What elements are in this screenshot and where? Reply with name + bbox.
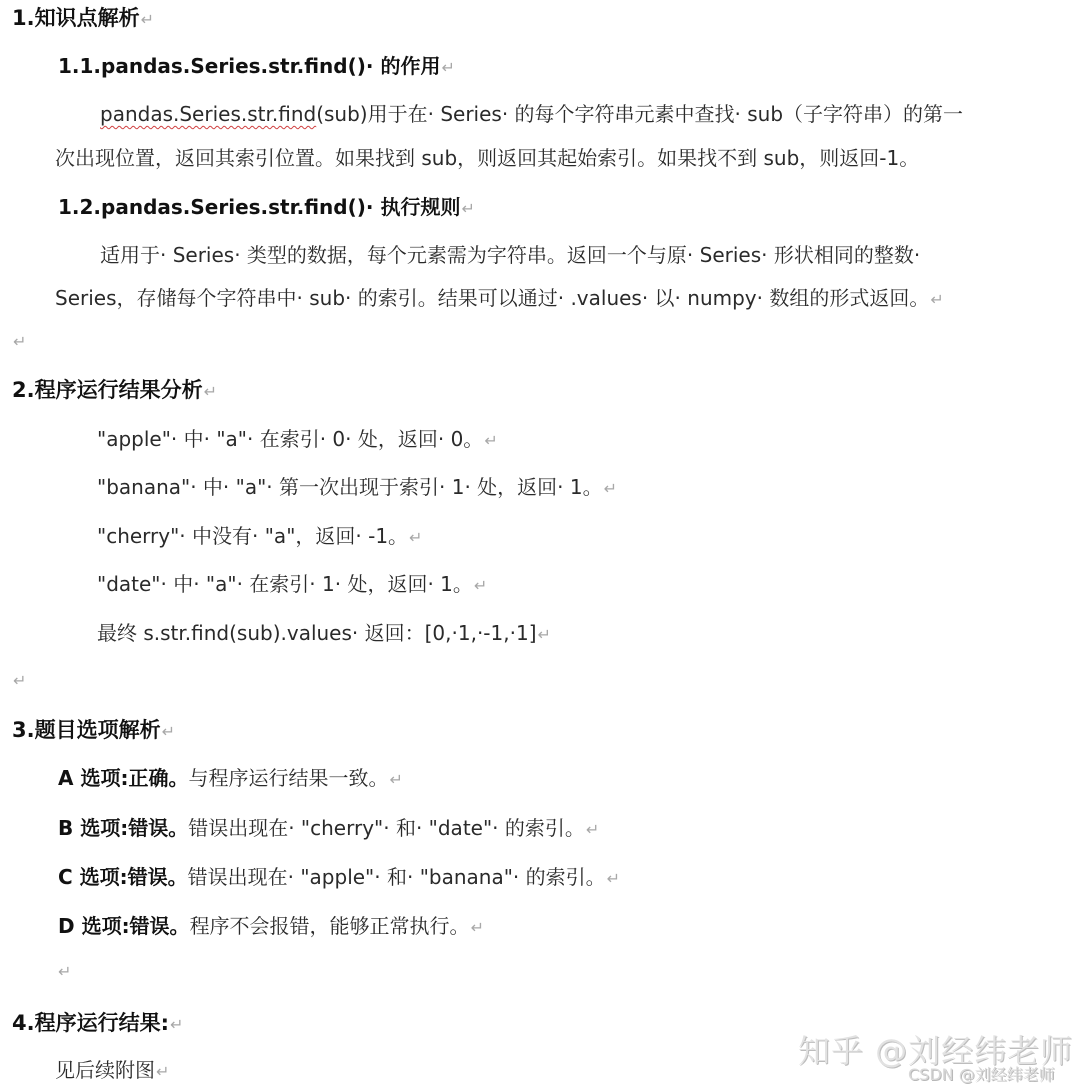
paragraph-mark-icon: ↵ xyxy=(156,1062,169,1081)
paragraph-mark-icon: ↵ xyxy=(13,671,26,690)
subsection-1-1-para-line1: pandas.Series.str.find(sub)用于在· Series· … xyxy=(100,104,963,124)
subsection-1-1-heading: 1.1.pandas.Series.str.find()· 的作用↵ xyxy=(58,56,455,76)
section2-heading: 2.程序运行结果分析↵ xyxy=(12,380,217,401)
paragraph-mark-icon: ↵ xyxy=(409,528,422,547)
paragraph-mark-icon: ↵ xyxy=(471,918,484,937)
paragraph-mark-icon: ↵ xyxy=(13,332,26,351)
paragraph-mark-icon: ↵ xyxy=(58,962,71,981)
paragraph-mark-icon: ↵ xyxy=(141,10,154,29)
empty-paragraph: ↵ xyxy=(12,334,26,350)
result-final: 最终 s.str.find(sub).values· 返回：[0,·1,·-1,… xyxy=(97,623,551,643)
result-item: "apple"· 中· "a"· 在索引· 0· 处，返回· 0。↵ xyxy=(97,429,498,449)
option-c: C 选项:错误。错误出现在· "apple"· 和· "banana"· 的索引… xyxy=(58,867,620,887)
section1-heading: 1.知识点解析↵ xyxy=(12,8,154,29)
paragraph-mark-icon: ↵ xyxy=(474,576,487,595)
subsection-1-1-para-line2: 次出现位置，返回其索引位置。如果找到 sub，则返回其起始索引。如果找不到 su… xyxy=(55,148,919,168)
paragraph-mark-icon: ↵ xyxy=(586,820,599,839)
option-b: B 选项:错误。错误出现在· "cherry"· 和· "date"· 的索引。… xyxy=(58,818,599,838)
empty-paragraph: ↵ xyxy=(12,673,26,689)
result-item: "banana"· 中· "a"· 第一次出现于索引· 1· 处，返回· 1。↵ xyxy=(97,477,617,497)
subsection-1-2-heading: 1.2.pandas.Series.str.find()· 执行规则↵ xyxy=(58,197,475,217)
section4-text: 见后续附图↵ xyxy=(55,1060,169,1080)
paragraph-mark-icon: ↵ xyxy=(461,199,474,218)
paragraph-mark-icon: ↵ xyxy=(441,58,454,77)
paragraph-mark-icon: ↵ xyxy=(607,869,620,888)
result-item: "cherry"· 中没有· "a"，返回· -1。↵ xyxy=(97,526,422,546)
subsection-1-2-para-line2: Series，存储每个字符串中· sub· 的索引。结果可以通过· .value… xyxy=(55,288,944,308)
paragraph-mark-icon: ↵ xyxy=(484,431,497,450)
section3-heading: 3.题目选项解析↵ xyxy=(12,720,175,741)
paragraph-mark-icon: ↵ xyxy=(170,1015,183,1034)
option-a: A 选项:正确。与程序运行结果一致。↵ xyxy=(58,768,403,788)
paragraph-mark-icon: ↵ xyxy=(604,479,617,498)
section4-heading: 4.程序运行结果:↵ xyxy=(12,1013,183,1034)
option-d: D 选项:错误。程序不会报错，能够正常执行。↵ xyxy=(58,916,484,936)
csdn-watermark: CSDN @刘经纬老师 xyxy=(908,1062,1055,1085)
empty-paragraph: ↵ xyxy=(57,964,71,980)
paragraph-mark-icon: ↵ xyxy=(389,770,402,789)
spellcheck-underlined-term: pandas.Series.str.find xyxy=(100,102,316,126)
paragraph-mark-icon: ↵ xyxy=(930,290,943,309)
subsection-1-2-para-line1: 适用于· Series· 类型的数据，每个元素需为字符串。返回一个与原· Ser… xyxy=(100,245,920,265)
paragraph-mark-icon: ↵ xyxy=(162,722,175,741)
result-item: "date"· 中· "a"· 在索引· 1· 处，返回· 1。↵ xyxy=(97,574,487,594)
paragraph-mark-icon: ↵ xyxy=(538,625,551,644)
paragraph-mark-icon: ↵ xyxy=(204,382,217,401)
